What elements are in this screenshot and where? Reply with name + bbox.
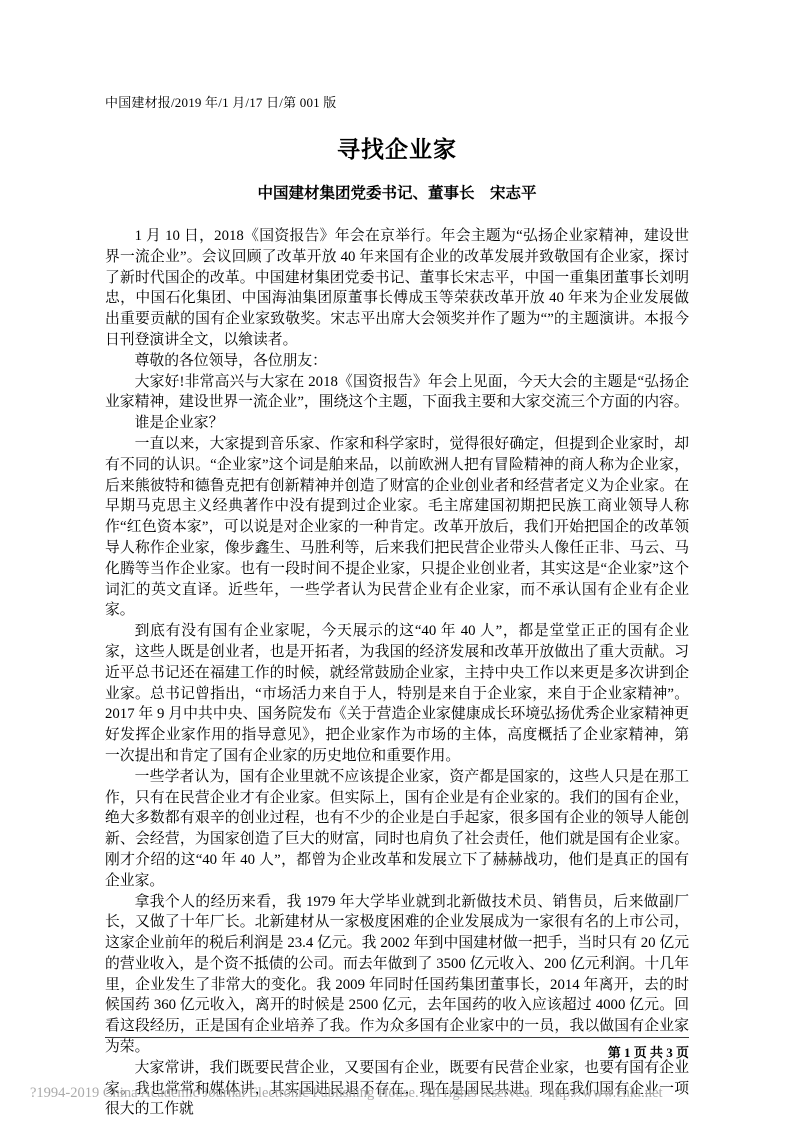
paragraph-salutation: 尊敬的各位领导，各位朋友：	[105, 351, 689, 372]
footer-divider	[105, 1037, 689, 1038]
page-indicator: 第 1 页 共 3 页	[105, 1042, 689, 1061]
paragraph-body: 到底有没有国有企业家呢，今天展示的这“40 年 40 人”，都是堂堂正正的国有企…	[105, 621, 689, 767]
article-author: 中国建材集团党委书记、董事长 宋志平	[105, 181, 689, 203]
paragraph-body: 一直以来，大家提到音乐家、作家和科学家时，觉得很好确定，但提到企业家时，却有不同…	[105, 434, 689, 621]
article-body: 1 月 10 日，2018《国资报告》年会在京举行。年会主题为“弘扬企业家精神，…	[105, 226, 689, 1120]
paragraph-body: 拿我个人的经历来看，我 1979 年大学毕业就到北新做技术员、销售员，后来做副厂…	[105, 892, 689, 1058]
document-page: 中国建材报/2019 年/1 月/17 日/第 001 版 寻找企业家 中国建材…	[0, 0, 793, 1122]
publication-info: 中国建材报/2019 年/1 月/17 日/第 001 版	[105, 92, 337, 111]
article-title: 寻找企业家	[105, 131, 689, 164]
paragraph-body: 一些学者认为，国有企业里就不应该提企业家，资产都是国家的，这些人只是在那工作，只…	[105, 767, 689, 892]
paragraph-intro: 1 月 10 日，2018《国资报告》年会在京举行。年会主题为“弘扬企业家精神，…	[105, 226, 689, 351]
paragraph-greeting: 大家好!非常高兴与大家在 2018《国资报告》年会上见面，今天大会的主题是“弘扬…	[105, 372, 689, 414]
copyright-notice: ?1994-2019 China Academic Journal Electr…	[30, 1085, 663, 1102]
paragraph-section-question: 谁是企业家？	[105, 413, 689, 434]
